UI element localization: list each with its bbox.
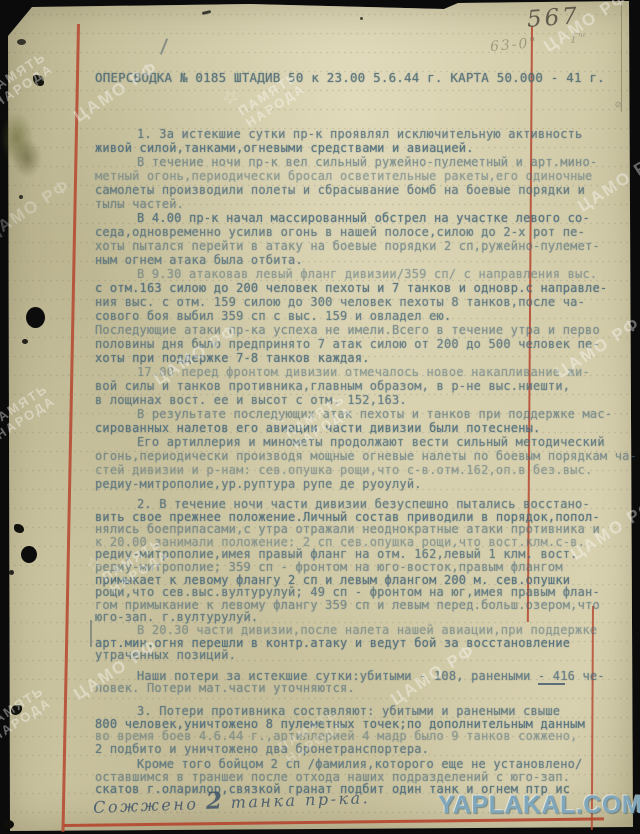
typed-text-block-1: 1. За истекшие сутки пр-к проявлял исклю… (95, 127, 629, 491)
typed-line: живой силой,танками,огневыми средствами … (95, 141, 629, 155)
typed-line: стей дивизии и р-нам: сев.опушка рощи,чт… (95, 463, 629, 477)
typed-line: 1. За истекшие сутки пр-к проявлял исклю… (95, 127, 629, 141)
typed-line: с отм.163 силою до 200 человек пехоты и … (95, 281, 629, 295)
typed-line: сового боя выбил 359 сп с выс. 159 и овл… (95, 309, 629, 323)
typed-line: рощи,что сев.выс.вултурулуй; 49 сп - фро… (95, 586, 629, 599)
typed-line: в лощинах вост. ее и высот с отм. 152,16… (95, 393, 629, 407)
handwritten-note-suffix: танка пр-ка. (230, 788, 370, 812)
typed-line: ния выс. с отм. 159 силою до 300 человек… (95, 295, 629, 309)
typed-line: хоты при поддержке 7-8 танков каждая. (95, 351, 629, 365)
site-watermark: YAPLAKAL.COM (438, 791, 640, 820)
pen-margin-stroke (90, 620, 92, 647)
underline-mark (538, 683, 565, 685)
typed-line: хоты пытался перейти в атаку на боевые п… (95, 239, 629, 253)
punch-hole (21, 546, 37, 563)
typed-line: 3. Потери противника составляют: убитыми… (95, 705, 629, 718)
typed-line: седа,одновременно усилив огонь в нашей п… (95, 225, 629, 239)
ink-speck (19, 195, 23, 199)
ink-speck (22, 339, 28, 344)
typed-line: огонь,периодически производя мощные огне… (95, 449, 629, 463)
typed-line: В 20.30 части дивизии,после налета нашей… (95, 624, 629, 637)
typed-line: утраченных позиций. (95, 649, 629, 662)
typed-line: тылы частей. (95, 197, 629, 211)
typed-line: редиу-митрополие,ур.руптура рупе де руоу… (95, 477, 629, 491)
typed-line: редиу-митрополие; 359 сп - фронтом на юг… (95, 561, 629, 574)
ink-stain (12, 138, 42, 178)
typed-line: В течение ночи пр-к вел сильный ружейно-… (95, 155, 629, 169)
handwritten-page-number: 567 (526, 3, 581, 33)
typed-line: 17.00 перед фронтом дивизии отмечалось н… (95, 365, 629, 379)
ink-blot (17, 39, 26, 45)
handwritten-note-number: 2 (206, 787, 224, 815)
typed-line: В результате последующих атак пехоты и т… (95, 407, 629, 421)
typed-line: В 4.00 пр-к начал массированный обстрел … (95, 211, 629, 225)
typed-line: половины дня было предпринято 7 атак сил… (95, 337, 629, 351)
typed-text-block-2: 2. В течение ночи части дивизии безуспеш… (95, 498, 629, 796)
ink-speck (360, 17, 363, 20)
typed-line: метный огонь,периодически бросал осветит… (95, 169, 629, 183)
typed-line: сированных налетов его авиации части див… (95, 421, 629, 435)
typed-line: В 9.30 атаковав левый фланг дивизии/359 … (95, 267, 629, 281)
typed-line: Кроме того бойцом 2 сп /фамилия,которого… (95, 758, 629, 771)
typed-line: самолеты производили полеты и сбрасывани… (95, 183, 629, 197)
typed-line: во время боев 4.6.44 г.,артиллерией 4 ма… (95, 730, 629, 743)
typed-line: 2 подбито и уничтожено два бронетранспор… (95, 743, 629, 756)
document-scan: ОПЕРСВОДКА № 0185 ШТАДИВ 50 к 23.00 5.6.… (0, 0, 640, 834)
typed-line: вой силы и танков противника,главным обр… (95, 379, 629, 393)
document-title: ОПЕРСВОДКА № 0185 ШТАДИВ 50 к 23.00 5.6.… (95, 70, 625, 85)
typed-line: Его артиллерия и минометы продолжают вес… (95, 435, 629, 449)
ink-speck (9, 570, 14, 575)
crossed-circle-mark: ⊘ (615, 98, 622, 111)
ink-blot (3, 820, 14, 829)
paper-crease (621, 0, 622, 112)
typed-line: нялись боеприпасами,с утра отражали неод… (95, 523, 629, 536)
ink-blot (14, 524, 24, 533)
typed-line: 2. В течение ночи части дивизии безуспеш… (95, 498, 629, 511)
punch-hole (26, 307, 45, 328)
typed-line: ным огнем атака была отбита. (95, 253, 629, 267)
handwritten-note-prefix: Сожжено (93, 794, 199, 817)
pencil-note: Г" (571, 32, 586, 47)
typed-line: Последующие атаки пр-ка успеха не имели.… (95, 323, 629, 337)
